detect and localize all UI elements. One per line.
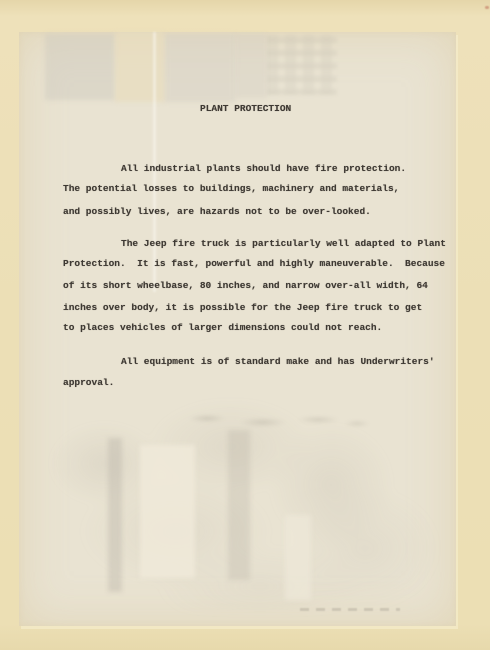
document-line: Protection. It is fast, powerful and hig… [63, 258, 445, 270]
document-line: All industrial plants should have fire p… [121, 163, 406, 175]
scanned-page: PLANT PROTECTION All industrial plants s… [19, 32, 456, 626]
bleedthrough-light-tower [140, 445, 195, 578]
scanned-document-photo: PLANT PROTECTION All industrial plants s… [0, 0, 490, 650]
crease-line [153, 32, 156, 292]
document-line: All equipment is of standard make and ha… [121, 356, 435, 368]
bleedthrough-top-block-1 [45, 34, 115, 100]
bleedthrough-window-grid [267, 35, 337, 95]
document-line: The potential losses to buildings, machi… [63, 183, 399, 195]
document-line: to places vehicles of larger dimensions … [63, 322, 382, 334]
document-line: inches over body, it is possible for the… [63, 302, 422, 314]
bleedthrough-handwriting-smudge [185, 408, 370, 434]
document-title: PLANT PROTECTION [200, 103, 291, 115]
faint-dashed-line [300, 608, 400, 611]
bleedthrough-top-block-4 [235, 34, 267, 98]
bleedthrough-light-rect [285, 515, 311, 600]
edge-speck [485, 6, 489, 9]
bleedthrough-top-block-2 [115, 32, 165, 102]
document-line: of its short wheelbase, 80 inches, and n… [63, 280, 428, 292]
document-line: The Jeep fire truck is particularly well… [121, 238, 446, 250]
document-line: and possibly lives, are hazards not to b… [63, 206, 371, 218]
bleedthrough-dark-strip-2 [228, 430, 250, 580]
document-line: approval. [63, 377, 114, 389]
bleedthrough-top-block-3 [165, 34, 235, 102]
bleedthrough-dark-strip-1 [108, 438, 122, 592]
bleedthrough-bottom-photo [29, 400, 449, 612]
